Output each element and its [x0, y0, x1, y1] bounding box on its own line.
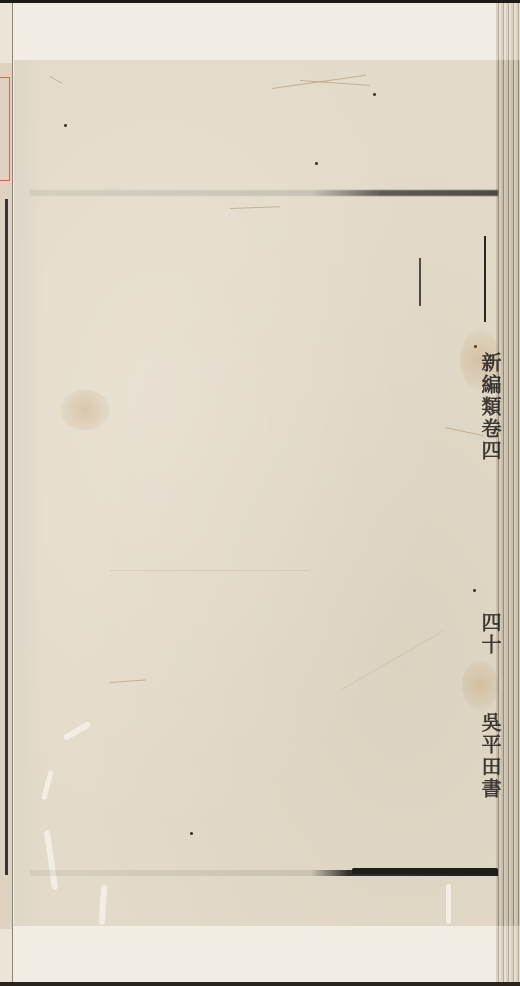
paper-stain — [60, 390, 110, 430]
frame-top-rule — [30, 190, 498, 196]
scanner-bottom-edge — [0, 982, 520, 986]
ink-speck — [373, 93, 376, 96]
ink-speck — [473, 589, 476, 592]
ink-speck — [474, 345, 477, 348]
center-column-tick — [419, 258, 421, 306]
margin-leaf-number: 四十 — [478, 612, 502, 656]
red-seal-stamp — [0, 77, 10, 181]
frame-bottom-ink-bar — [352, 868, 498, 874]
margin-book-title: 新編類卷四 — [478, 352, 502, 462]
ink-speck — [64, 124, 67, 127]
adjacent-left-page — [0, 3, 13, 982]
margin-printer-mark: 吳平田書 — [478, 712, 502, 800]
scanned-page: 新編類卷四 四十 吳平田書 — [0, 0, 520, 986]
paper-stain — [462, 660, 498, 710]
ink-speck — [190, 832, 193, 835]
center-column-rule — [484, 236, 486, 322]
worm-hole — [446, 884, 451, 924]
left-page-border-rule — [5, 199, 8, 875]
ink-speck — [315, 162, 318, 165]
paper-fiber — [110, 570, 310, 571]
